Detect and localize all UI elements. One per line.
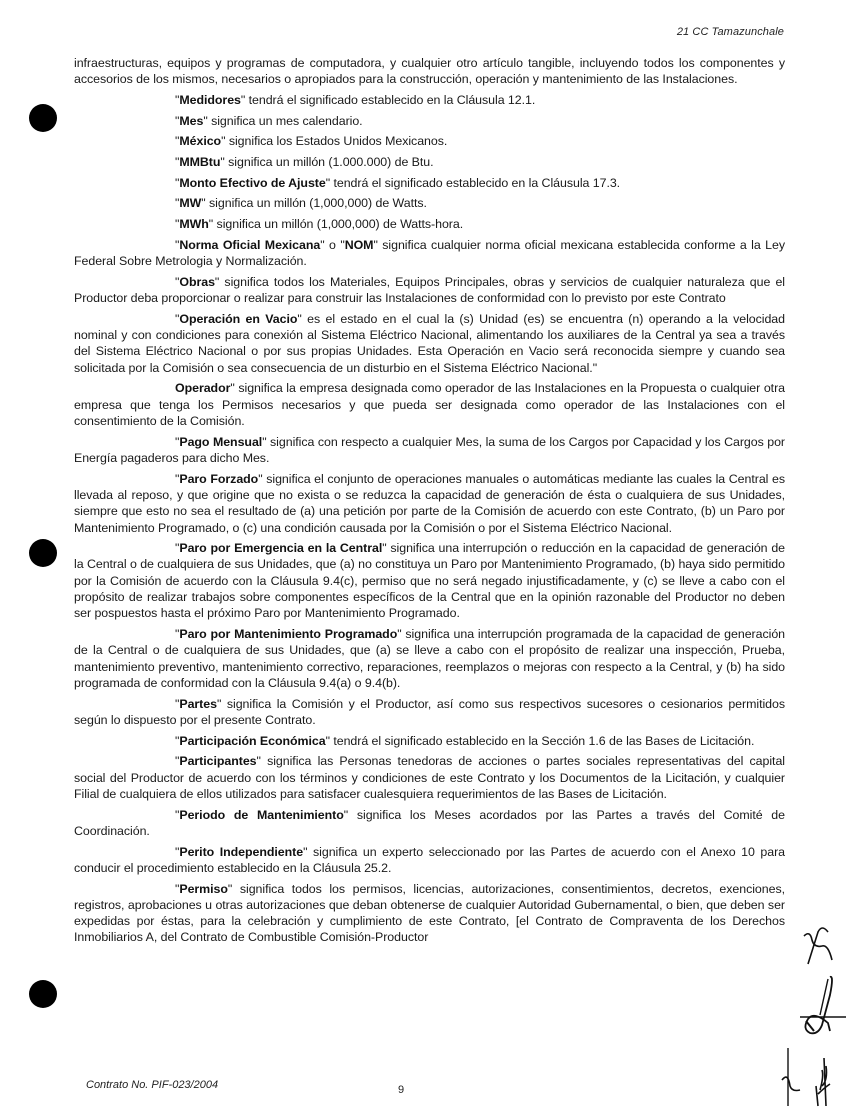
defined-term: Paro por Mantenimiento Programado bbox=[179, 627, 397, 641]
definition-paragraph: "Perito Independiente" significa un expe… bbox=[74, 844, 785, 877]
defined-term: México bbox=[179, 134, 221, 148]
signature-initials-icon bbox=[800, 926, 834, 966]
footer-page-number: 9 bbox=[398, 1084, 404, 1096]
definition-paragraph: "Participación Económica" tendrá el sign… bbox=[74, 733, 785, 749]
punch-hole-icon bbox=[29, 539, 57, 567]
definition-paragraph: "México" significa los Estados Unidos Me… bbox=[74, 133, 785, 149]
definition-connector: o " bbox=[325, 238, 345, 252]
running-header: 21 CC Tamazunchale bbox=[677, 26, 784, 38]
punch-hole-icon bbox=[29, 104, 57, 132]
defined-term: Periodo de Mantenimiento bbox=[179, 808, 343, 822]
defined-term: Paro por Emergencia en la Central bbox=[179, 541, 382, 555]
definition-text: tendrá el significado establecido en la … bbox=[245, 93, 535, 107]
definition-paragraph: "Permiso" significa todos los permisos, … bbox=[74, 881, 785, 946]
defined-term: MWh bbox=[179, 217, 208, 231]
defined-term: MMBtu bbox=[179, 155, 220, 169]
definition-paragraph: "Monto Efectivo de Ajuste" tendrá el sig… bbox=[74, 175, 785, 191]
definition-paragraph: "Pago Mensual" significa con respecto a … bbox=[74, 434, 785, 467]
definition-paragraph: "MW" significa un millón (1,000,000) de … bbox=[74, 195, 785, 211]
defined-term: Participación Económica bbox=[179, 734, 325, 748]
definition-text: tendrá el significado establecido en la … bbox=[330, 734, 754, 748]
defined-term-alias: NOM bbox=[345, 238, 374, 252]
defined-term: Medidores bbox=[179, 93, 241, 107]
definitions-list: "Medidores" tendrá el significado establ… bbox=[74, 92, 785, 946]
defined-term: Partes bbox=[179, 697, 217, 711]
defined-term: Participantes bbox=[179, 754, 256, 768]
defined-term: Paro Forzado bbox=[179, 472, 258, 486]
definition-paragraph: Operador" significa la empresa designada… bbox=[74, 380, 785, 429]
footer-contract-number: Contrato No. PIF-023/2004 bbox=[86, 1079, 218, 1091]
signature-crossed-icon bbox=[800, 975, 846, 1045]
definition-paragraph: "MMBtu" significa un millón (1.000.000) … bbox=[74, 154, 785, 170]
definition-paragraph: "Medidores" tendrá el significado establ… bbox=[74, 92, 785, 108]
definition-paragraph: "Norma Oficial Mexicana" o "NOM" signifi… bbox=[74, 237, 785, 270]
signature-bottom-icon bbox=[780, 1046, 840, 1108]
definition-text: significa un millón (1,000,000) de Watts… bbox=[206, 196, 427, 210]
intro-paragraph: infraestructuras, equipos y programas de… bbox=[74, 55, 785, 88]
definition-paragraph: "Partes" significa la Comisión y el Prod… bbox=[74, 696, 785, 729]
defined-term: Operación en Vacio bbox=[179, 312, 297, 326]
defined-term: Mes bbox=[179, 114, 203, 128]
definition-paragraph: "Mes" significa un mes calendario. bbox=[74, 113, 785, 129]
defined-term: Obras bbox=[179, 275, 215, 289]
definition-paragraph: "Paro por Mantenimiento Programado" sign… bbox=[74, 626, 785, 691]
definition-paragraph: "Obras" significa todos los Materiales, … bbox=[74, 274, 785, 307]
punch-hole-icon bbox=[29, 980, 57, 1008]
definition-text: significa un mes calendario. bbox=[208, 114, 363, 128]
defined-term: MW bbox=[179, 196, 201, 210]
document-page: 21 CC Tamazunchale infraestructuras, equ… bbox=[0, 0, 846, 1108]
definition-text: tendrá el significado establecido en la … bbox=[330, 176, 620, 190]
definition-paragraph: "Periodo de Mantenimiento" significa los… bbox=[74, 807, 785, 840]
definition-paragraph: "Participantes" significa las Personas t… bbox=[74, 753, 785, 802]
defined-term: Pago Mensual bbox=[179, 435, 262, 449]
definition-paragraph: "MWh" significa un millón (1,000,000) de… bbox=[74, 216, 785, 232]
definition-paragraph: "Paro Forzado" significa el conjunto de … bbox=[74, 471, 785, 536]
defined-term: Operador bbox=[175, 381, 230, 395]
defined-term: Perito Independiente bbox=[179, 845, 303, 859]
definition-paragraph: "Operación en Vacio" es el estado en el … bbox=[74, 311, 785, 376]
document-body: infraestructuras, equipos y programas de… bbox=[74, 55, 785, 950]
definition-text: significa un millón (1.000.000) de Btu. bbox=[225, 155, 434, 169]
defined-term: Permiso bbox=[179, 882, 228, 896]
definition-text: significa los Estados Unidos Mexicanos. bbox=[225, 134, 447, 148]
defined-term: Norma Oficial Mexicana bbox=[179, 238, 320, 252]
definition-paragraph: "Paro por Emergencia en la Central" sign… bbox=[74, 540, 785, 621]
definition-text: significa un millón (1,000,000) de Watts… bbox=[213, 217, 463, 231]
defined-term: Monto Efectivo de Ajuste bbox=[179, 176, 325, 190]
